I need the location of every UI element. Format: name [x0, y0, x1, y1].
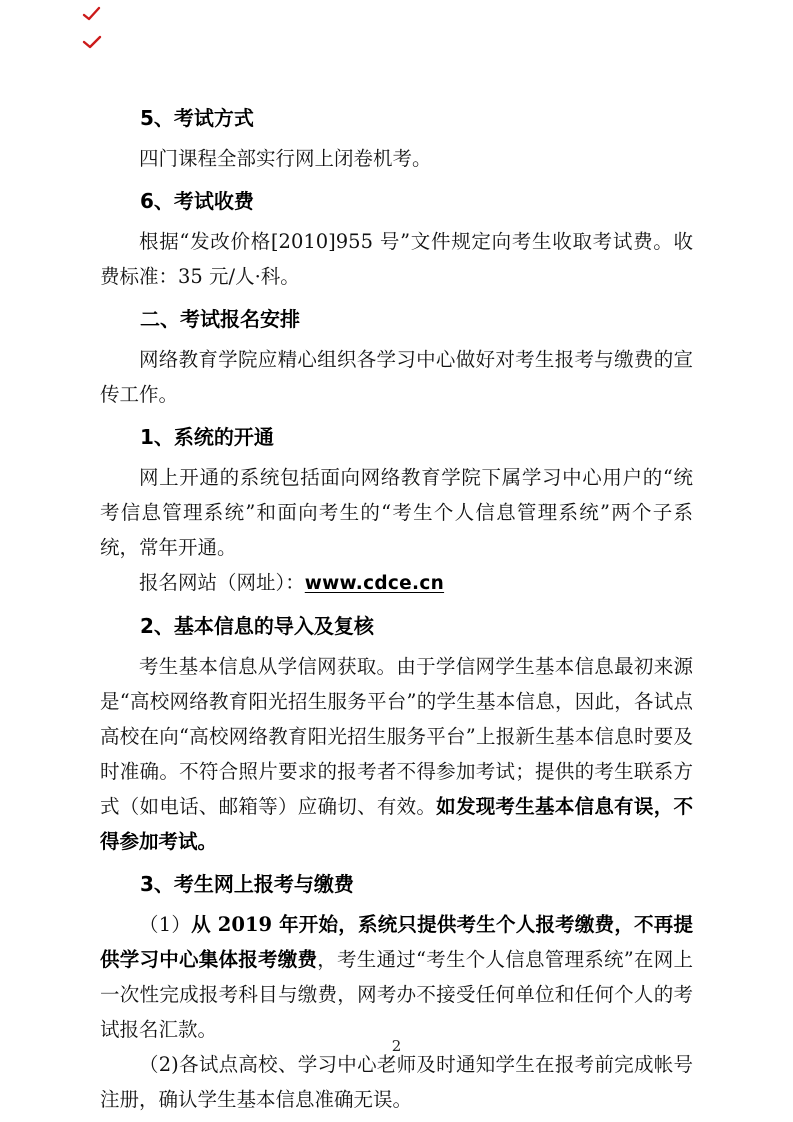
- para-basic-info-regular-run: 考生基本信息从学信网获取。由于学信网学生基本信息最初来源是“高校网络教育阳光招生…: [100, 655, 693, 818]
- para-online-registration-item-1: （1）从 2019 年开始，系统只提供考生个人报考缴费，不再提供学习中心集体报考…: [100, 907, 693, 1047]
- para-registration-arrangement: 网络教育学院应精心组织各学习中心做好对考生报考与缴费的宣传工作。: [100, 342, 693, 412]
- item-1-number-run: （1）: [139, 913, 191, 936]
- para-exam-method: 四门课程全部实行网上闭卷机考。: [100, 141, 693, 176]
- heading-registration-arrangement: 二、考试报名安排: [100, 306, 693, 332]
- heading-online-registration-payment: 3、考生网上报考与缴费: [100, 871, 693, 897]
- red-check-mark-icon: [82, 34, 102, 50]
- heading-exam-fee: 6、考试收费: [100, 188, 693, 214]
- registration-url-link[interactable]: www.cdce.cn: [305, 573, 444, 594]
- para-exam-fee: 根据“发改价格[2010]955 号”文件规定向考生收取考试费。收费标准：35 …: [100, 224, 693, 294]
- document-page: 5、考试方式 四门课程全部实行网上闭卷机考。 6、考试收费 根据“发改价格[20…: [0, 0, 793, 1122]
- para-basic-info-review: 考生基本信息从学信网获取。由于学信网学生基本信息最初来源是“高校网络教育阳光招生…: [100, 649, 693, 859]
- heading-system-opening: 1、系统的开通: [100, 424, 693, 450]
- page-number: 2: [0, 1037, 793, 1055]
- heading-basic-info-review: 2、基本信息的导入及复核: [100, 613, 693, 639]
- para-system-opening: 网上开通的系统包括面向网络教育学院下属学习中心用户的“统考信息管理系统”和面向考…: [100, 460, 693, 565]
- para-online-registration-item-2: （2)各试点高校、学习中心老师及时通知学生在报考前完成帐号注册，确认学生基本信息…: [100, 1047, 693, 1117]
- heading-exam-method: 5、考试方式: [100, 105, 693, 131]
- registration-site-label: 报名网站（网址）：: [139, 571, 305, 594]
- registration-site-line: 报名网站（网址）：www.cdce.cn: [100, 565, 693, 601]
- red-check-mark-icon: [82, 6, 102, 22]
